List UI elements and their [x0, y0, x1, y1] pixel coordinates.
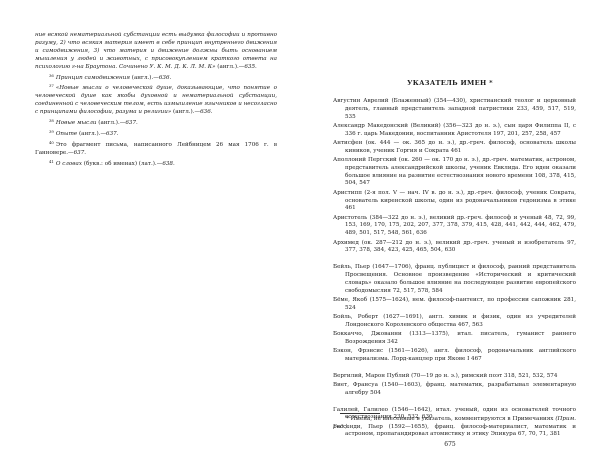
index-entry: Боккаччо, Джованни (1313—1375), итал. пи… — [333, 331, 576, 347]
right-page: УКАЗАТЕЛЬ ИМЕН * Августин Аврелий (Блаже… — [300, 0, 600, 471]
index-entry: Аполлоний Пергский (ок. 260 — ок. 170 до… — [333, 157, 576, 188]
endnote-number: 40 — [49, 140, 54, 145]
index-entry: Вергилий, Марон Публий (70—19 до н. э.),… — [333, 373, 576, 381]
endnote: 36Принцип самодвижения (англ.).—636. — [35, 72, 277, 83]
index-entry: Виет, Франсуа (1540—1603), франц. матема… — [333, 382, 576, 398]
endnote: 40Это фрагмент письма, написанного Лейбн… — [35, 139, 277, 158]
endnote-number: 39 — [49, 129, 54, 134]
left-page: ние всякой нематериальной субстанции ест… — [0, 0, 300, 471]
name-index-entries: Августин Аврелий (Блаженный) (354—430), … — [333, 98, 576, 441]
endnote: 39Опыте (англ.).—637. — [35, 128, 277, 139]
index-entry: Аристипп (2-я пол. V — нач. IV в. до н. … — [333, 190, 576, 213]
endnote: 37«Новые мысли о человеческой душе, дока… — [35, 82, 277, 117]
endnote-number: 38 — [49, 118, 54, 123]
index-entry: Бейль, Пьер (1647—1706), франц. публицис… — [333, 264, 576, 295]
index-title: УКАЗАТЕЛЬ ИМЕН * — [300, 79, 600, 87]
endnotes: ние всякой нематериальной субстанции ест… — [35, 32, 277, 169]
index-entry: Бёме, Якоб (1575—1624), нем. философ-пан… — [333, 297, 576, 313]
footnote-divider — [340, 413, 380, 414]
index-footnote: * Имена, не внесенные в указатель, комме… — [333, 416, 576, 432]
endnote: 38Новые мысли (англ.).—637. — [35, 117, 277, 128]
endnote: 41О словах (букв.: об именах) (лат.).—63… — [35, 158, 277, 169]
endnote-number: 41 — [49, 159, 54, 164]
page-number: 675 — [300, 441, 600, 448]
index-entry: Бэкон, Фрэнсис (1561—1626), англ. филосо… — [333, 348, 576, 364]
index-entry: Антисфен (ок. 444 — ок. 365 до н. э.), д… — [333, 140, 576, 156]
index-entry: Аристотель (384—322 до н. э.), великий д… — [333, 215, 576, 238]
endnote-number: 37 — [49, 83, 54, 88]
index-entry: Бойль, Роберт (1627—1691), англ. химик и… — [333, 314, 576, 330]
index-entry: Александр Македонский (Великий) (356—323… — [333, 123, 576, 139]
index-entry: Архимед (ок. 287—212 до н. э.), великий … — [333, 240, 576, 256]
endnote-number: 36 — [49, 73, 54, 78]
endnote: ние всякой нематериальной субстанции ест… — [35, 32, 277, 72]
index-entry: Августин Аврелий (Блаженный) (354—430), … — [333, 98, 576, 121]
